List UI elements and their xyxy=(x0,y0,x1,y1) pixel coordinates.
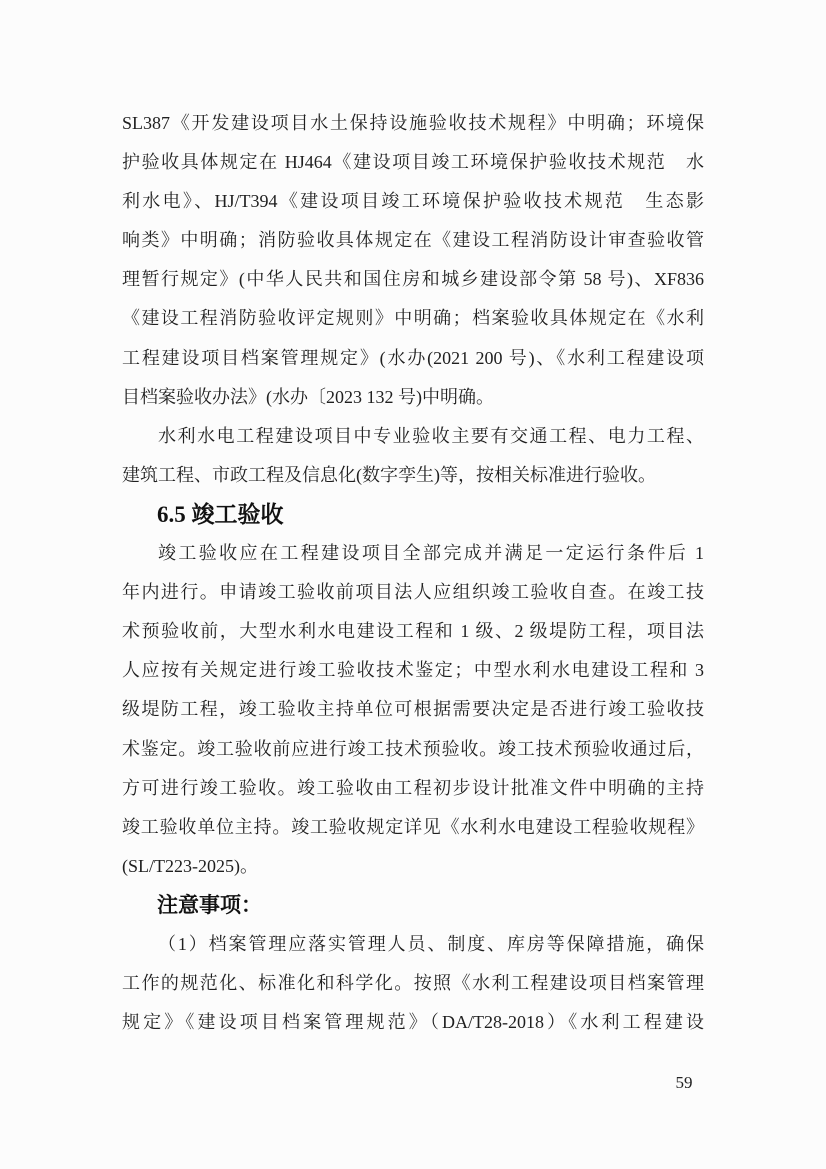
text-line: 利水电》、HJ/T394《建设项目竣工环境保护验收技术规范 生态影 xyxy=(122,182,704,221)
text-line: 规定》《建设项目档案管理规范》（DA/T28-2018）《水利工程建设 xyxy=(122,1003,704,1042)
text-line: 人应按有关规定进行竣工验收技术鉴定；中型水利水电建设工程和 3 xyxy=(122,651,704,690)
text-line: 年内进行。申请竣工验收前项目法人应组织竣工验收自查。在竣工技 xyxy=(122,573,704,612)
page-number: 59 xyxy=(666,1072,702,1094)
text-line: 护验收具体规定在 HJ464《建设项目竣工环境保护验收技术规范 水 xyxy=(122,143,704,182)
document-body: SL387《开发建设项目水土保持设施验收技术规程》中明确；环境保 护验收具体规定… xyxy=(122,104,704,1042)
section-heading: 6.5 竣工验收 xyxy=(122,495,704,534)
text-line: SL387《开发建设项目水土保持设施验收技术规程》中明确；环境保 xyxy=(122,104,704,143)
notes-heading: 注意事项： xyxy=(122,886,704,925)
text-line: 竣工验收应在工程建设项目全部完成并满足一定运行条件后 1 xyxy=(122,534,704,573)
text-line: 《建设工程消防验收评定规则》中明确；档案验收具体规定在《水利 xyxy=(122,299,704,338)
text-line: 方可进行竣工验收。竣工验收由工程初步设计批准文件中明确的主持 xyxy=(122,769,704,808)
text-line: 术预验收前，大型水利水电建设工程和 1 级、2 级堤防工程，项目法 xyxy=(122,612,704,651)
text-line: 工作的规范化、标准化和科学化。按照《水利工程建设项目档案管理 xyxy=(122,964,704,1003)
text-line: 目档案验收办法》(水办〔2023 132 号)中明确。 xyxy=(122,378,704,417)
text-line: 术鉴定。竣工验收前应进行竣工技术预验收。竣工技术预验收通过后， xyxy=(122,730,704,769)
document-page: SL387《开发建设项目水土保持设施验收技术规程》中明确；环境保 护验收具体规定… xyxy=(0,0,826,1169)
text-line: 响类》中明确；消防验收具体规定在《建设工程消防设计审查验收管 xyxy=(122,221,704,260)
text-line: (SL/T223-2025)。 xyxy=(122,847,704,886)
text-line: 竣工验收单位主持。竣工验收规定详见《水利水电建设工程验收规程》 xyxy=(122,808,704,847)
text-line: 水利水电工程建设项目中专业验收主要有交通工程、电力工程、 xyxy=(122,417,704,456)
text-line: 工程建设项目档案管理规定》(水办(2021 200 号)、《水利工程建设项 xyxy=(122,339,704,378)
text-line: 理暂行规定》(中华人民共和国住房和城乡建设部令第 58 号)、XF836 xyxy=(122,260,704,299)
text-line: 级堤防工程，竣工验收主持单位可根据需要决定是否进行竣工验收技 xyxy=(122,690,704,729)
text-line: （1）档案管理应落实管理人员、制度、库房等保障措施，确保 xyxy=(122,925,704,964)
text-line: 建筑工程、市政工程及信息化(数字孪生)等，按相关标准进行验收。 xyxy=(122,456,704,495)
